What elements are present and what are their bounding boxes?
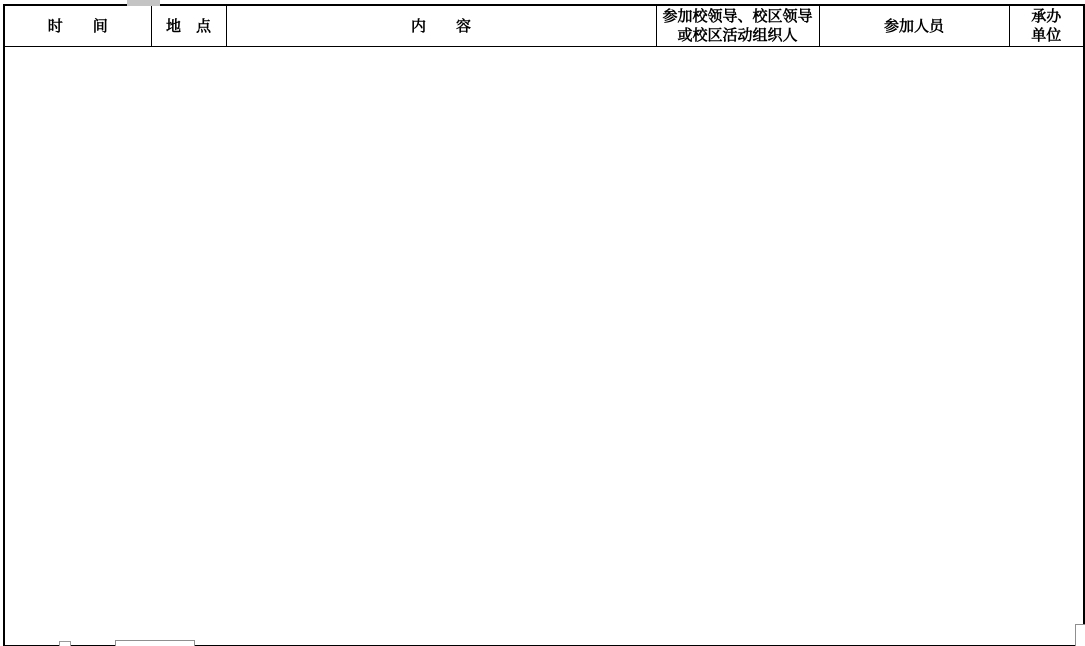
gray-handle-artifact-top xyxy=(127,0,160,6)
schedule-table-body xyxy=(4,47,1084,646)
header-cell-time: 时 间 xyxy=(4,5,151,47)
schedule-table: 时 间地 点内 容参加校领导、校区领导 或校区活动组织人参加人员承办 单位 xyxy=(3,4,1085,646)
header-cell-location: 地 点 xyxy=(151,5,226,47)
document-page: 时 间地 点内 容参加校领导、校区领导 或校区活动组织人参加人员承办 单位 xyxy=(0,0,1085,646)
gray-handle-artifact-bottom-left xyxy=(115,640,195,646)
schedule-table-header: 时 间地 点内 容参加校领导、校区领导 或校区活动组织人参加人员承办 单位 xyxy=(4,5,1084,47)
gray-handle-artifact-bottom-right xyxy=(1075,624,1085,646)
header-cell-leaders: 参加校领导、校区领导 或校区活动组织人 xyxy=(656,5,819,47)
gray-handle-artifact-bottom-left-small xyxy=(59,641,71,646)
header-cell-participants: 参加人员 xyxy=(819,5,1009,47)
header-cell-content: 内 容 xyxy=(226,5,656,47)
header-cell-organizer: 承办 单位 xyxy=(1009,5,1084,47)
